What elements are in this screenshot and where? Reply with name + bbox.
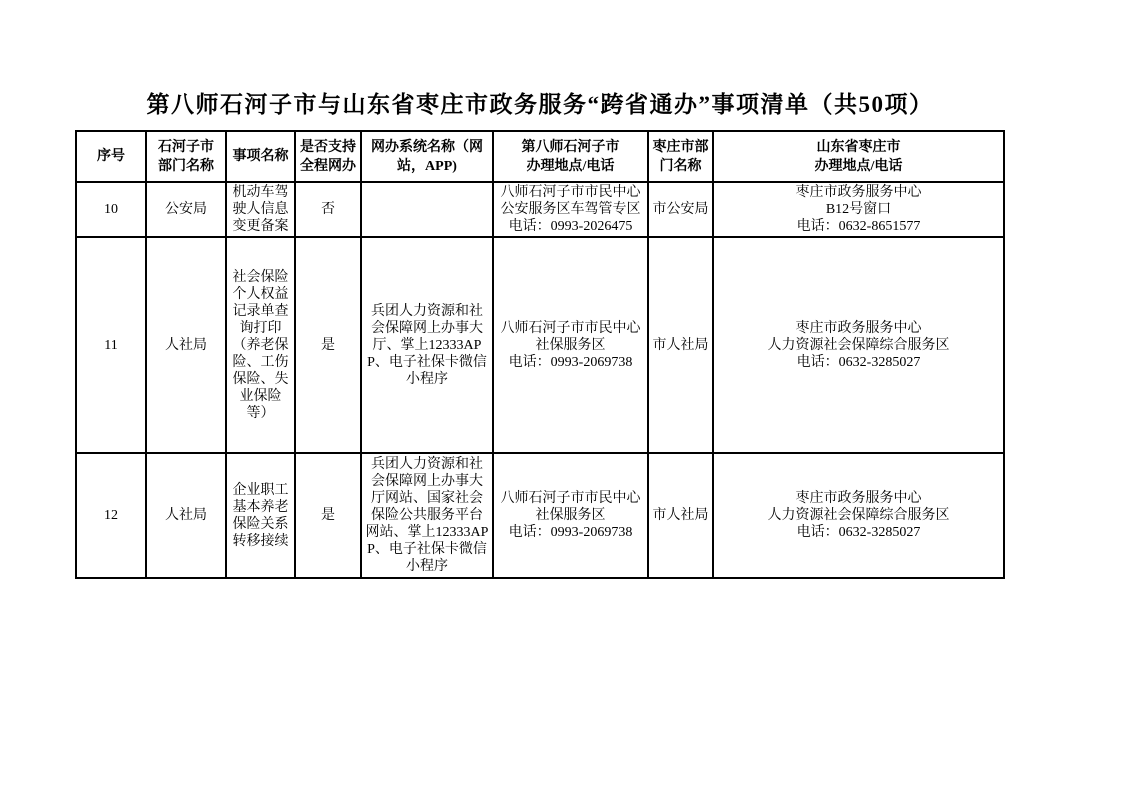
col-header-seq: 序号 (76, 131, 146, 182)
cell-shihezi-department: 人社局 (146, 237, 226, 453)
header-line: 石河子市 (150, 138, 222, 157)
cell-online-system: 兵团人力资源和社会保障网上办事大厅、掌上12333APP、电子社保卡微信小程序 (361, 237, 493, 453)
cell-seq: 10 (76, 182, 146, 237)
location-line: 八师石河子市市民中心 (497, 184, 644, 201)
cell-shihezi-location: 八师石河子市市民中心 社保服务区 电话：0993-2069738 (493, 237, 648, 453)
location-line: 公安服务区车驾管专区 (497, 201, 644, 218)
header-line: 网办系统名称（网 (365, 138, 489, 157)
header-line: 门名称 (652, 157, 709, 176)
header-line: 第八师石河子市 (497, 138, 644, 157)
header-line: 部门名称 (150, 157, 222, 176)
cell-online-system (361, 182, 493, 237)
cell-zaozhuang-location: 枣庄市政务服务中心 人力资源社会保障综合服务区 电话：0632-3285027 (713, 237, 1004, 453)
page-title: 第八师石河子市与山东省枣庄市政务服务“跨省通办”事项清单（共50项） (75, 86, 1005, 119)
table-row: 11 人社局 社会保险个人权益记录单查询打印（养老保险、工伤保险、失业保险等） … (76, 237, 1004, 453)
cell-online-support: 是 (295, 237, 361, 453)
location-line: 八师石河子市市民中心 (497, 490, 644, 507)
location-line: 电话：0632-3285027 (717, 354, 1000, 371)
cell-shihezi-department: 人社局 (146, 453, 226, 578)
col-header-online-support: 是否支持 全程网办 (295, 131, 361, 182)
cell-shihezi-department: 公安局 (146, 182, 226, 237)
location-line: 电话：0993-2069738 (497, 354, 644, 371)
col-header-zaozhuang-department: 枣庄市部 门名称 (648, 131, 713, 182)
header-line: 枣庄市部 (652, 138, 709, 157)
cell-shihezi-location: 八师石河子市市民中心 社保服务区 电话：0993-2069738 (493, 453, 648, 578)
location-line: 电话：0993-2026475 (497, 218, 644, 235)
cell-zaozhuang-department: 市人社局 (648, 237, 713, 453)
header-line: 办理地点/电话 (717, 157, 1000, 176)
location-line: 枣庄市政务服务中心 (717, 490, 1000, 507)
cell-item-name: 社会保险个人权益记录单查询打印（养老保险、工伤保险、失业保险等） (226, 237, 295, 453)
location-line: 社保服务区 (497, 337, 644, 354)
document-page: 第八师石河子市与山东省枣庄市政务服务“跨省通办”事项清单（共50项） 序号 石河… (0, 0, 1122, 793)
cell-seq: 12 (76, 453, 146, 578)
cell-zaozhuang-location: 枣庄市政务服务中心 人力资源社会保障综合服务区 电话：0632-3285027 (713, 453, 1004, 578)
cell-zaozhuang-department: 市人社局 (648, 453, 713, 578)
location-line: 人力资源社会保障综合服务区 (717, 507, 1000, 524)
location-line: 电话：0632-3285027 (717, 524, 1000, 541)
col-header-online-system: 网办系统名称（网 站，APP) (361, 131, 493, 182)
location-line: 人力资源社会保障综合服务区 (717, 337, 1000, 354)
cell-zaozhuang-location: 枣庄市政务服务中心 B12号窗口 电话：0632-8651577 (713, 182, 1004, 237)
location-line: 电话：0993-2069738 (497, 524, 644, 541)
cell-online-system: 兵团人力资源和社会保障网上办事大厅网站、国家社会保险公共服务平台网站、掌上123… (361, 453, 493, 578)
header-line: 山东省枣庄市 (717, 138, 1000, 157)
col-header-shihezi-location: 第八师石河子市 办理地点/电话 (493, 131, 648, 182)
location-line: 枣庄市政务服务中心 (717, 320, 1000, 337)
cell-zaozhuang-department: 市公安局 (648, 182, 713, 237)
location-line: 社保服务区 (497, 507, 644, 524)
location-line: 电话：0632-8651577 (717, 218, 1000, 235)
col-header-shihezi-department: 石河子市 部门名称 (146, 131, 226, 182)
header-line: 站，APP) (365, 157, 489, 176)
table-row: 12 人社局 企业职工基本养老保险关系转移接续 是 兵团人力资源和社会保障网上办… (76, 453, 1004, 578)
cell-online-support: 否 (295, 182, 361, 237)
col-header-item-name: 事项名称 (226, 131, 295, 182)
table-header-row: 序号 石河子市 部门名称 事项名称 是否支持 全程网办 网办系统名称（网 站，A… (76, 131, 1004, 182)
cell-online-support: 是 (295, 453, 361, 578)
header-line: 是否支持 (299, 138, 357, 157)
service-items-table: 序号 石河子市 部门名称 事项名称 是否支持 全程网办 网办系统名称（网 站，A… (75, 130, 1005, 579)
cell-item-name: 机动车驾驶人信息变更备案 (226, 182, 295, 237)
cell-seq: 11 (76, 237, 146, 453)
header-line: 办理地点/电话 (497, 157, 644, 176)
table-row: 10 公安局 机动车驾驶人信息变更备案 否 八师石河子市市民中心 公安服务区车驾… (76, 182, 1004, 237)
cell-shihezi-location: 八师石河子市市民中心 公安服务区车驾管专区 电话：0993-2026475 (493, 182, 648, 237)
location-line: B12号窗口 (717, 201, 1000, 218)
col-header-zaozhuang-location: 山东省枣庄市 办理地点/电话 (713, 131, 1004, 182)
header-line: 序号 (80, 147, 142, 166)
location-line: 枣庄市政务服务中心 (717, 184, 1000, 201)
header-line: 事项名称 (230, 147, 291, 166)
cell-item-name: 企业职工基本养老保险关系转移接续 (226, 453, 295, 578)
header-line: 全程网办 (299, 157, 357, 176)
location-line: 八师石河子市市民中心 (497, 320, 644, 337)
